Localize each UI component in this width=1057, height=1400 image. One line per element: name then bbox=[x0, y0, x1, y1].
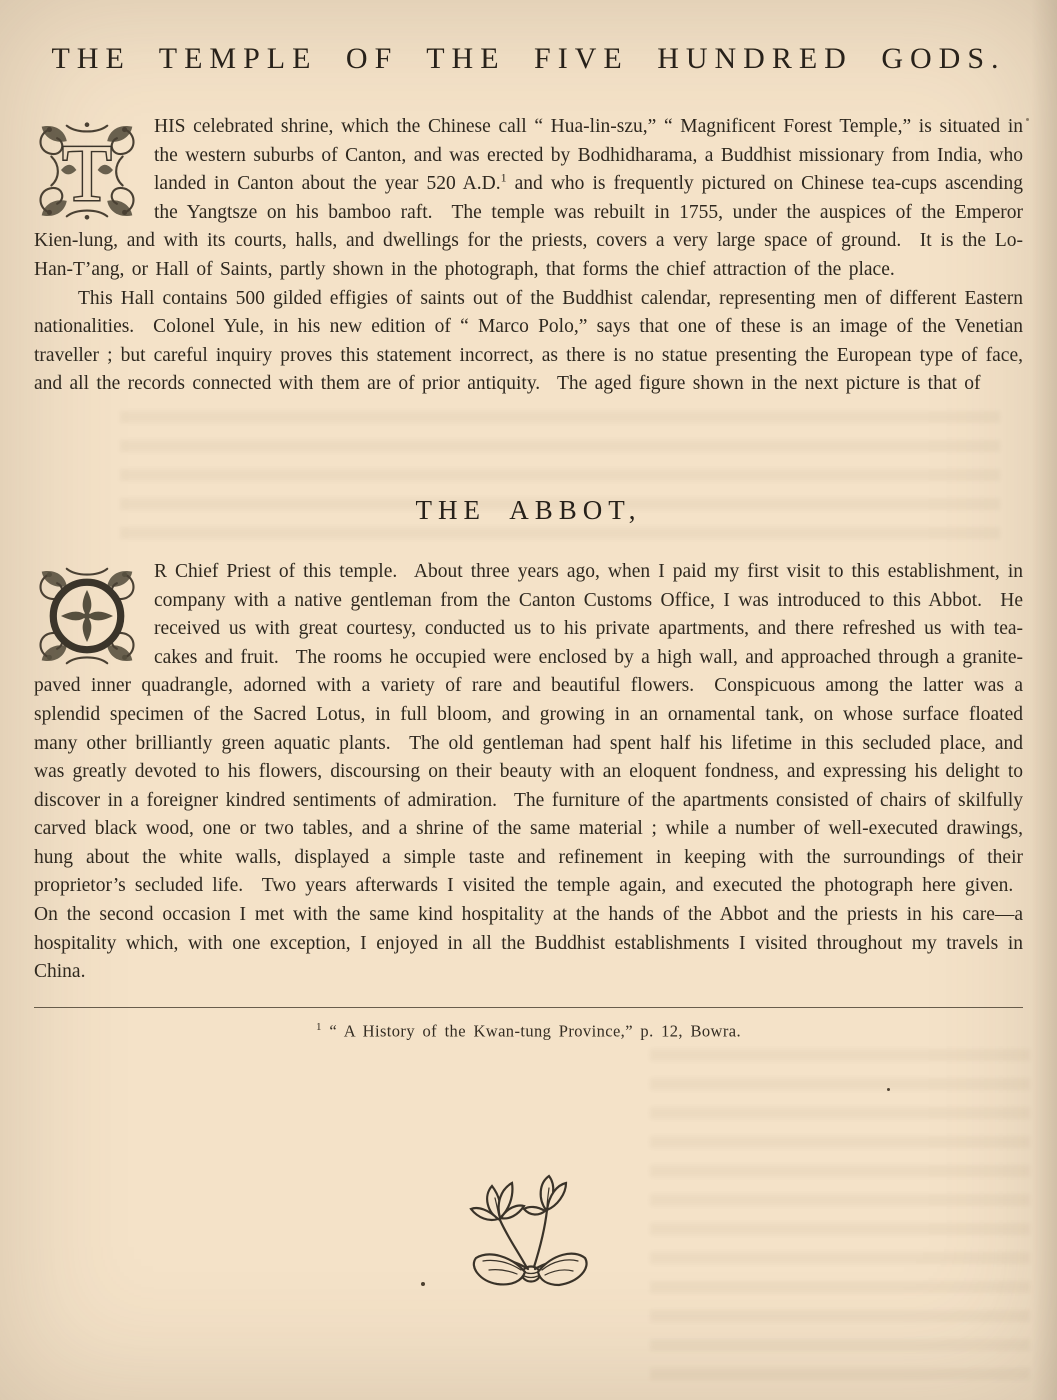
page-title: THE TEMPLE OF THE FIVE HUNDRED GODS. bbox=[34, 42, 1023, 76]
ornament-container bbox=[454, 1158, 604, 1303]
cyclamen-flower-ornament-icon bbox=[454, 1158, 604, 1298]
paragraph-text: R Chief Priest of this temple. About thr… bbox=[34, 561, 1023, 982]
section-heading-abbot: THE ABBOT, bbox=[34, 495, 1023, 526]
footnote-divider-rule bbox=[34, 1007, 1023, 1009]
paragraph-abbot: O R Chief Priest of this temple. About t… bbox=[34, 558, 1023, 987]
footnote-marker: 1 bbox=[316, 1021, 322, 1033]
ornate-initial-O-icon: O bbox=[34, 563, 140, 669]
paper-speck bbox=[1026, 118, 1029, 121]
paragraph-temple-1: T HIS celebrated shrine, which the Chine… bbox=[34, 113, 1023, 285]
paragraph-temple-2: This Hall contains 500 gilded effigies o… bbox=[34, 285, 1023, 399]
ornate-initial-T-icon: T bbox=[34, 118, 140, 224]
footnote: 1 “ A History of the Kwan-tung Province,… bbox=[34, 1021, 1023, 1042]
drop-cap-letter-T: T bbox=[62, 128, 111, 218]
paper-speck bbox=[887, 1088, 890, 1091]
paper-speck bbox=[421, 1282, 425, 1286]
book-page: THE TEMPLE OF THE FIVE HUNDRED GODS. bbox=[0, 0, 1057, 1400]
footnote-text: “ A History of the Kwan-tung Province,” … bbox=[329, 1022, 741, 1041]
